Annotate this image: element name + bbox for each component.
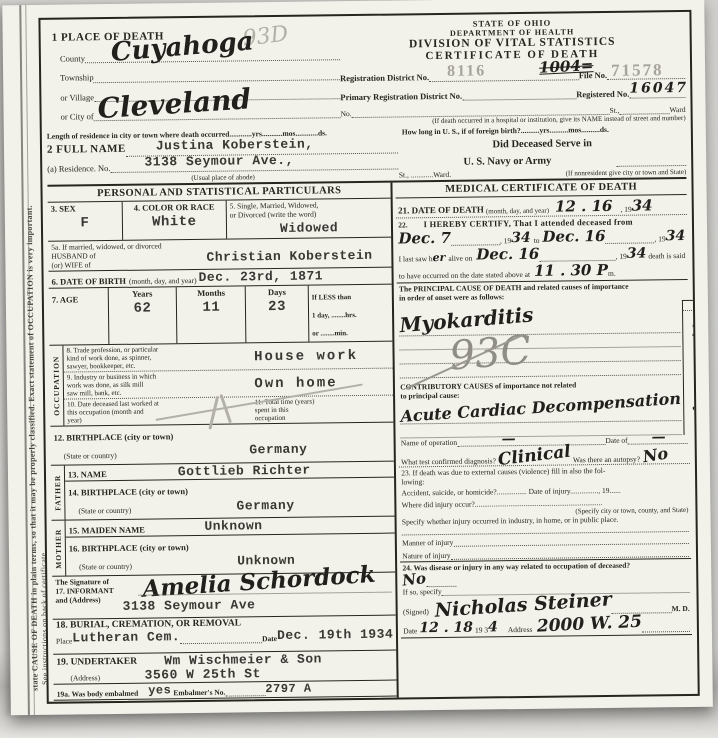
spouse-label: 5a. If married, widowed, or divorced HUS…	[51, 241, 206, 270]
certify-block: 22. I HEREBY CERTIFY, That I attended de…	[396, 215, 688, 284]
mother-side-label: MOTHER	[54, 528, 63, 568]
trade-label: 8. Trade profession, or particular kind …	[66, 344, 254, 370]
cause-main: Myokarditis 93C CONTRIBUTORY CAUSES of i…	[397, 300, 684, 438]
served-label-1: Did Deceased Serve in	[398, 137, 686, 153]
cert-date-year-printed: 19 3	[475, 626, 488, 635]
county-line: Cuyahoga	[85, 57, 340, 64]
spouse-typed-value: Christian Koberstein	[206, 248, 372, 268]
cert-date-year-handwritten: 4	[488, 621, 498, 635]
external-label: 23. If death was due to external causes …	[401, 465, 688, 487]
birthplace-sub: (State or country)	[64, 451, 117, 461]
attended-to-line	[606, 240, 655, 245]
md-label: M. D.	[672, 604, 690, 613]
embalmer-no-line	[225, 692, 265, 696]
birthplace-typed-value: Germany	[249, 443, 307, 461]
industry-typed-value: Own home	[254, 376, 337, 395]
birth-label: 6. DATE OF BIRTH	[52, 275, 126, 286]
sex-typed-value: F	[80, 216, 89, 232]
informant-address-typed: 3138 Seymour Ave	[123, 598, 256, 613]
birth-typed-value: Dec. 23rd, 1871	[198, 270, 323, 285]
filed-label: 20. FILED	[57, 701, 100, 704]
main-columns: PERSONAL AND STATISTICAL PARTICULARS 3. …	[47, 177, 693, 704]
occupation-rel-line	[426, 583, 456, 587]
full-name-typed-value: Justina Koberstein,	[156, 137, 314, 153]
age-years-label: Years	[111, 288, 173, 299]
birthplace-label: 12. BIRTHPLACE (city or town)	[53, 431, 173, 442]
operation-dash: —	[501, 432, 515, 446]
occupation-side-label: OCCUPATION	[52, 355, 62, 415]
race-label: 4. COLOR OR RACE	[126, 202, 223, 213]
state-header-block: STATE OF OHIO DEPARTMENT OF HEALTH DIVIS…	[339, 14, 685, 127]
dod-sub: (month, day, and year)	[486, 207, 549, 216]
sex-label: 3. SEX	[51, 203, 119, 214]
burial-date-label: Date	[262, 634, 277, 643]
city-label: or City of	[61, 111, 94, 122]
file-no-stamp: 71578	[611, 60, 664, 81]
death-said-text: death is said	[648, 251, 685, 260]
mother-bp-label: 16. BIRTHPLACE (city or town)	[69, 542, 189, 553]
dod-handwritten: 12 . 16	[555, 199, 613, 215]
medical-column: MEDICAL CERTIFICATE OF DEATH 21. DATE OF…	[393, 179, 693, 704]
attended-from-line	[451, 242, 500, 247]
age-years-value: 62	[133, 301, 151, 317]
attended-to-handwritten: Dec. 16	[542, 229, 605, 245]
age-less-note: If LESS than 1 day, ........hrs. or ....…	[312, 293, 357, 337]
age-months-label: Months	[180, 287, 242, 298]
father-side-label: FATHER	[53, 475, 62, 511]
trade-typed-value: House work	[254, 349, 358, 368]
served-label-2: U. S. Navy or Army	[399, 154, 617, 169]
file-no-line: 71578	[607, 75, 685, 80]
attended-from-handwritten: Dec. 7	[398, 231, 451, 247]
father-bp-sub: (State or country)	[78, 506, 131, 516]
st-line	[620, 111, 670, 116]
age-months-value: 11	[202, 300, 220, 316]
burial-date-typed: Dec. 19th 1934	[277, 628, 393, 643]
burial-place-typed: Lutheran Cem.	[72, 631, 180, 646]
header-section: 1 PLACE OF DEATH County Cuyahoga Townshi…	[45, 14, 685, 130]
test-label: What test confirmed diagnosis?	[401, 457, 496, 467]
last-saw-mid: alive on	[448, 254, 472, 263]
undertaker-address-typed: 3560 W 25th St	[145, 667, 261, 682]
township-label: Township	[60, 73, 94, 84]
cert-address-label: Address	[508, 625, 533, 634]
operation-label: Name of operation	[401, 438, 457, 448]
autopsy-handwritten: No	[642, 446, 669, 466]
certificate-paper: state CAUSE OF DEATH in plain terms, so …	[2, 0, 713, 715]
age-label: 7. AGE	[52, 294, 79, 304]
father-bp-label: 14. BIRTHPLACE (city or town)	[68, 487, 188, 498]
race-typed-value: White	[152, 214, 197, 231]
operation-date-dash: —	[652, 431, 666, 445]
last-saw-prefix: I last saw h	[399, 254, 433, 263]
last-saw-handwritten: Dec. 16	[476, 247, 539, 263]
city-handwritten-value: Cleveland	[97, 85, 252, 123]
filed-year-printed: 19	[220, 702, 228, 704]
cert-date-label: Date	[403, 627, 417, 636]
registered-no-handwritten: 16047	[629, 81, 688, 96]
embalmed-label: 19a. Was body embalmed	[57, 689, 139, 699]
registration-district-stamp: 8116	[447, 63, 486, 81]
mother-name-label: 15. MAIDEN NAME	[69, 524, 205, 536]
autopsy-label: Was there an autopsy?	[573, 455, 640, 465]
residence-label: (a) Residence. No.	[47, 163, 110, 174]
personal-column: PERSONAL AND STATISTICAL PARTICULARS 3. …	[47, 183, 399, 704]
attended-from-year: 34	[511, 231, 531, 245]
age-days-label: Days	[249, 286, 305, 297]
date-of-onset-box: Date of onset 2 yrs. 2 days	[682, 300, 700, 436]
county-label: County	[60, 53, 85, 63]
marital-typed-value: Widowed	[280, 221, 338, 235]
signed-label: (Signed)	[403, 607, 429, 616]
father-name-typed: Gottlieb Richter	[178, 463, 311, 478]
principal-onset-handwritten: 2 yrs.	[690, 315, 699, 340]
onset-header: Date of onset	[683, 301, 700, 312]
contributory-onset-handwritten: 2 days	[690, 380, 700, 421]
cert-address-line	[642, 628, 690, 633]
manner-line	[453, 540, 689, 547]
crossed-out-stamp: 1004=	[538, 58, 593, 76]
attended-year2-printed: , 19	[654, 235, 665, 244]
industry-label: 9. Industry or business in which work wa…	[67, 371, 255, 397]
mother-name-typed: Unknown	[204, 520, 262, 534]
nature-label: Nature of injury	[402, 551, 450, 561]
burial-place-label: Place	[56, 637, 72, 646]
ward-label: Ward	[669, 105, 685, 114]
attended-to-year: 34	[666, 229, 686, 243]
occupation-rel-handwritten: No	[402, 571, 427, 589]
occupation-related-block: 24. Was disease or injury in any way rel…	[400, 558, 692, 639]
last-saw-hw-suffix: er	[433, 252, 446, 263]
primary-registration-line	[462, 96, 576, 101]
st-label: St.,	[609, 106, 619, 115]
no-label: No.	[340, 109, 351, 118]
cert-date-handwritten: 12 . 18	[419, 621, 473, 636]
mother-bp-sub: (State or country)	[79, 562, 132, 572]
embalmed-typed: yes	[148, 685, 171, 698]
father-bp-typed: Germany	[236, 499, 294, 517]
accident-line: Accident, suicide, or homicide?.........…	[401, 485, 688, 498]
certify-no: 22.	[398, 221, 407, 230]
registration-district-line: 8116	[429, 76, 579, 82]
dod-label: 21. DATE OF DEATH	[398, 205, 484, 217]
dod-year-printed: , 19	[620, 205, 631, 214]
birth-sub-label: (month, day, and year)	[129, 276, 197, 286]
embalmer-no-label: Embalmer's No.	[173, 688, 225, 698]
operation-date-label: Date of	[605, 436, 627, 445]
township-line	[94, 76, 341, 83]
occurred-m-suffix: m.	[608, 269, 616, 278]
registered-no-label: Registered No.	[576, 89, 629, 100]
registered-no-line: 16047	[629, 94, 685, 99]
burial-line	[180, 639, 262, 644]
registration-district-label: Registration District No.	[340, 72, 429, 83]
undertaker-addr-label: (Address)	[56, 673, 144, 683]
dod-year-handwritten: 34	[632, 199, 653, 214]
attended-year1-printed: , 19	[500, 236, 511, 245]
how-long-us-line: How long in U. S., if of foreign birth?.…	[394, 124, 686, 137]
to-word: to	[534, 236, 540, 245]
place-of-death-block: 1 PLACE OF DEATH County Cuyahoga Townshi…	[45, 18, 340, 122]
st-ward-text: St., ............Ward.	[399, 170, 451, 180]
residence-typed-value: 3138 Seymour Ave.,	[144, 154, 294, 169]
village-label: or Village	[60, 92, 94, 103]
age-days-value: 23	[268, 299, 286, 315]
manner-label: Manner of injury	[402, 538, 453, 548]
primary-registration-label: Primary Registration District No.	[340, 91, 462, 103]
occurred-line: to have occurred on the date stated abov…	[399, 270, 530, 281]
cert-address-handwritten: 2000 W. 25	[536, 614, 642, 636]
father-name-label: 13. NAME	[68, 468, 178, 480]
embalmer-no-typed: 2797 A	[265, 683, 311, 696]
full-name-label: 2 FULL NAME	[47, 143, 126, 157]
cause-region: Myokarditis 93C CONTRIBUTORY CAUSES of i…	[397, 300, 689, 439]
last-saw-year-printed: , 19	[616, 252, 627, 261]
last-saw-year: 34	[627, 247, 647, 261]
external-causes-block: 23. If death was due to external causes …	[399, 464, 691, 562]
occurred-time-handwritten: 11 . 30 P	[534, 263, 608, 279]
scanned-death-certificate: { "margin_note": { "line1": "state CAUSE…	[0, 0, 718, 738]
city-line: Cleveland	[94, 114, 341, 121]
certificate-frame: 1 PLACE OF DEATH County Cuyahoga Townshi…	[38, 10, 699, 704]
marital-label: 5. Single, Married, Widowed, or Divorced…	[230, 200, 389, 220]
served-line	[616, 162, 686, 167]
